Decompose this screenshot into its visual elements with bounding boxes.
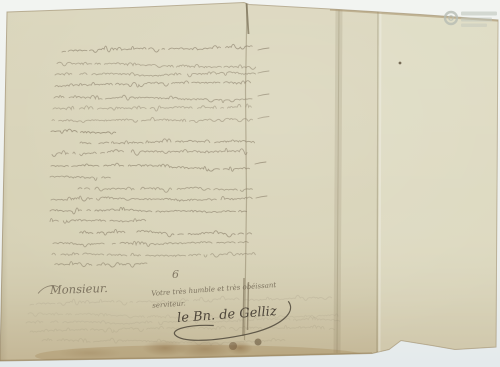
ink-spot-1 [229, 342, 237, 350]
sheet-surface: Monsieur. 6 Votre très humble et très ob… [0, 0, 500, 367]
letter-photo: Monsieur. 6 Votre très humble et très ob… [0, 0, 500, 367]
salutation-text: Monsieur. [49, 281, 108, 297]
ink-speck [399, 62, 402, 65]
watermark-text-bar-2 [461, 18, 492, 22]
ink-stain-4 [58, 347, 122, 359]
fold-crease-right-highlight [380, 11, 381, 352]
watermark-text-bar-3 [461, 24, 487, 28]
page-right-blank [378, 10, 498, 352]
watermark-text-bar-1 [461, 12, 497, 16]
sheet-shading-left-edge [0, 0, 80, 367]
page-number-mark: 6 [172, 268, 179, 281]
letter-photo-canvas: Monsieur. 6 Votre très humble et très ob… [0, 0, 500, 367]
